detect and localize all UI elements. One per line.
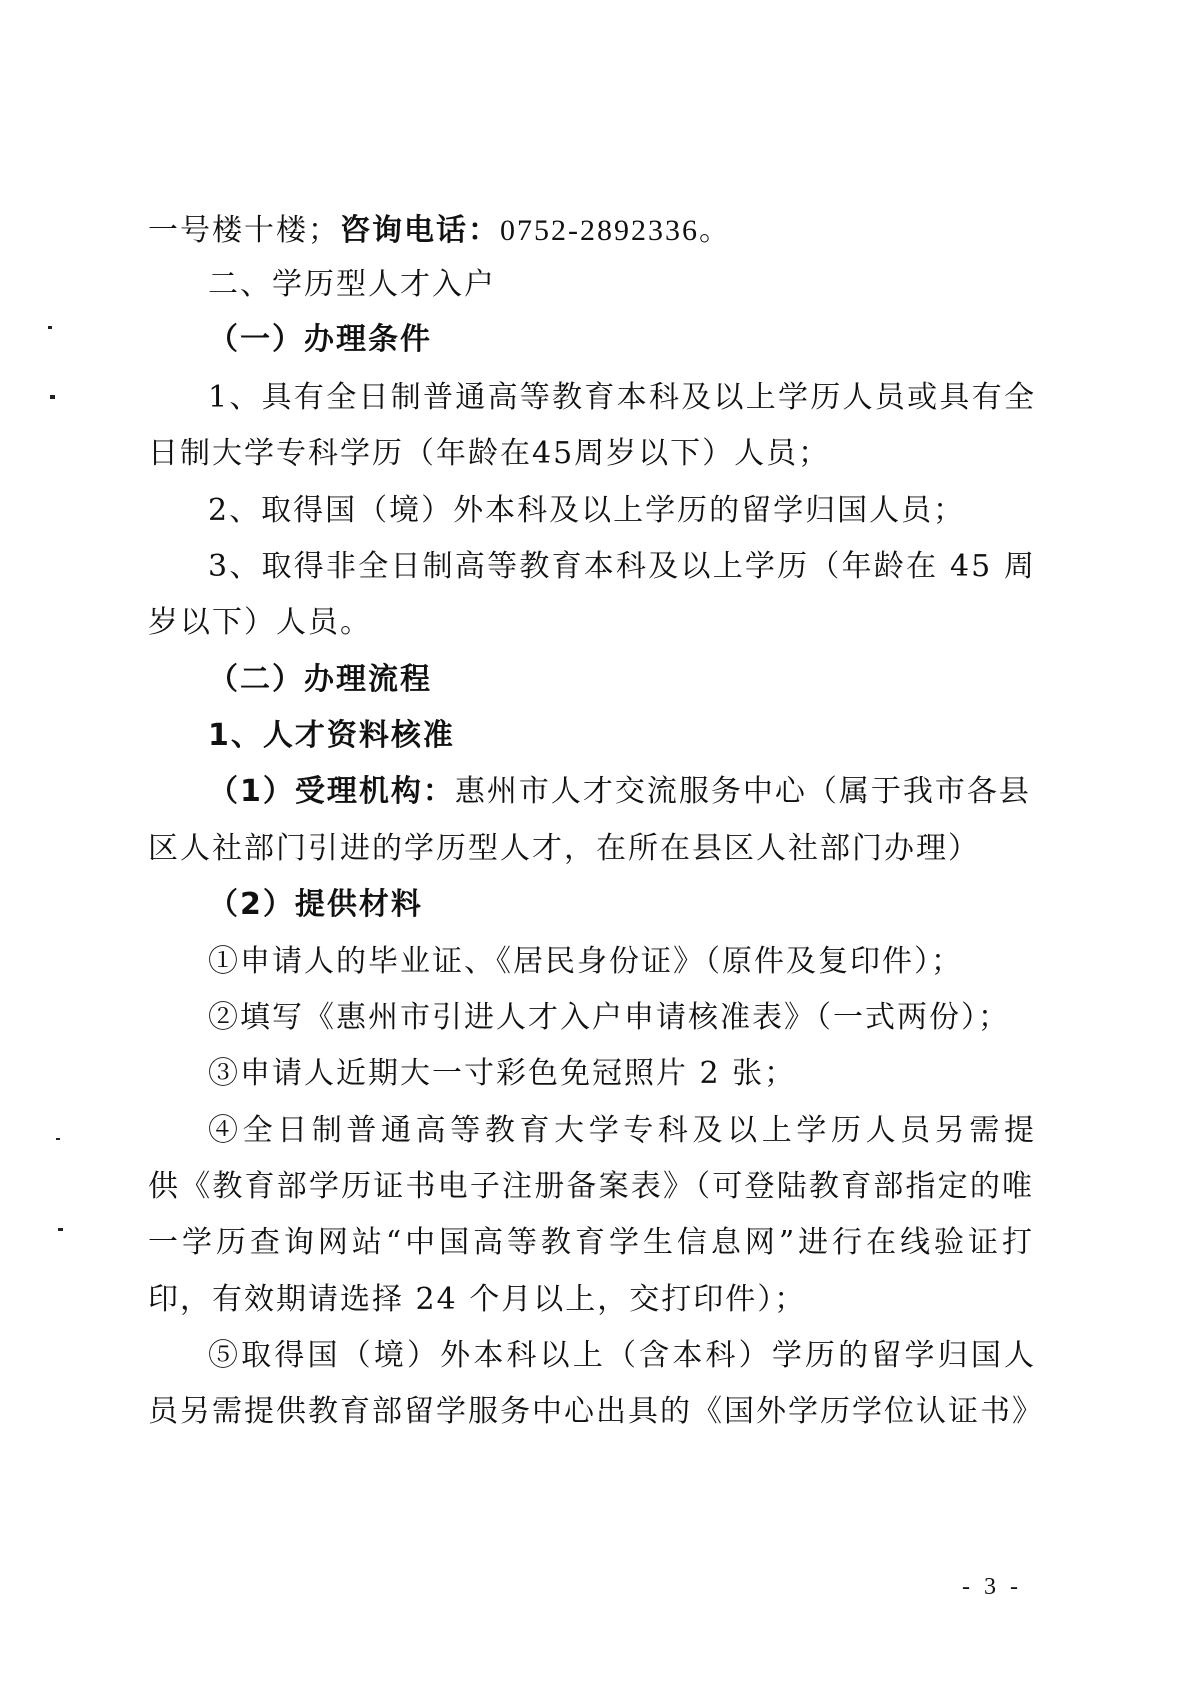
subsection-heading-process: （二）办理流程 (208, 660, 1108, 700)
material-4-line-3: 一学历查询网站“中国高等教育学生信息网”进行在线验证打 (148, 1223, 1034, 1263)
materials-heading: （2）提供材料 (208, 885, 1108, 925)
accepting-agency-line: （1）受理机构：惠州市人才交流服务中心（属于我市各县 (208, 772, 1108, 812)
material-5-line-2: 员另需提供教育部留学服务中心出具的《国外学历学位认证书》 (148, 1392, 1034, 1432)
page-number: - 3 - (962, 1572, 1022, 1602)
condition-1-line-2: 日制大学专科学历（年龄在45周岁以下）人员； (148, 434, 1048, 474)
material-4-line-4: 印，有效期请选择 24 个月以上，交打印件）； (148, 1280, 1048, 1320)
scan-speck (58, 1228, 63, 1231)
scan-speck (50, 395, 55, 399)
accepting-agency-text: 惠州市人才交流服务中心（属于我市各县 (455, 774, 1031, 809)
condition-3-line-2: 岁以下）人员。 (148, 603, 1048, 643)
material-4-line-1: ④全日制普通高等教育大学专科及以上学历人员另需提 (208, 1111, 1036, 1151)
contact-line: 一号楼十楼；咨询电话：0752-2892336。 (148, 211, 1048, 251)
accepting-agency-label: （1）受理机构： (208, 774, 455, 809)
phone-number: 0752-2892336。 (500, 214, 731, 247)
scan-speck (48, 326, 52, 329)
phone-label: 咨询电话： (340, 213, 500, 248)
address-text: 一号楼十楼； (148, 213, 340, 248)
condition-3-line-1: 3、取得非全日制高等教育本科及以上学历（年龄在 45 周 (208, 547, 1036, 587)
condition-1-line-1: 1、具有全日制普通高等教育本科及以上学历人员或具有全 (208, 378, 1036, 418)
material-5-line-1: ⑤取得国（境）外本科以上（含本科）学历的留学归国人 (208, 1336, 1036, 1376)
scan-speck (56, 1138, 60, 1140)
material-1: ①申请人的毕业证、《居民身份证》（原件及复印件）； (208, 942, 1108, 982)
document-page: 一号楼十楼；咨询电话：0752-2892336。 二、学历型人才入户 （一）办理… (0, 0, 1204, 1696)
material-4-line-2: 供《教育部学历证书电子注册备案表》（可登陆教育部指定的唯 (148, 1167, 1034, 1207)
step-1-heading: 1、人才资料核准 (208, 716, 1108, 756)
section-heading-2: 二、学历型人才入户 (208, 265, 1108, 305)
condition-2: 2、取得国（境）外本科及以上学历的留学归国人员； (208, 491, 1108, 531)
material-2: ②填写《惠州市引进人才入户申请核准表》（一式两份）； (208, 998, 1108, 1038)
material-3: ③申请人近期大一寸彩色免冠照片 2 张； (208, 1054, 1108, 1094)
accepting-agency-line-2: 区人社部门引进的学历型人才，在所在县区人社部门办理） (148, 829, 1048, 869)
subsection-heading-conditions: （一）办理条件 (208, 320, 1108, 360)
